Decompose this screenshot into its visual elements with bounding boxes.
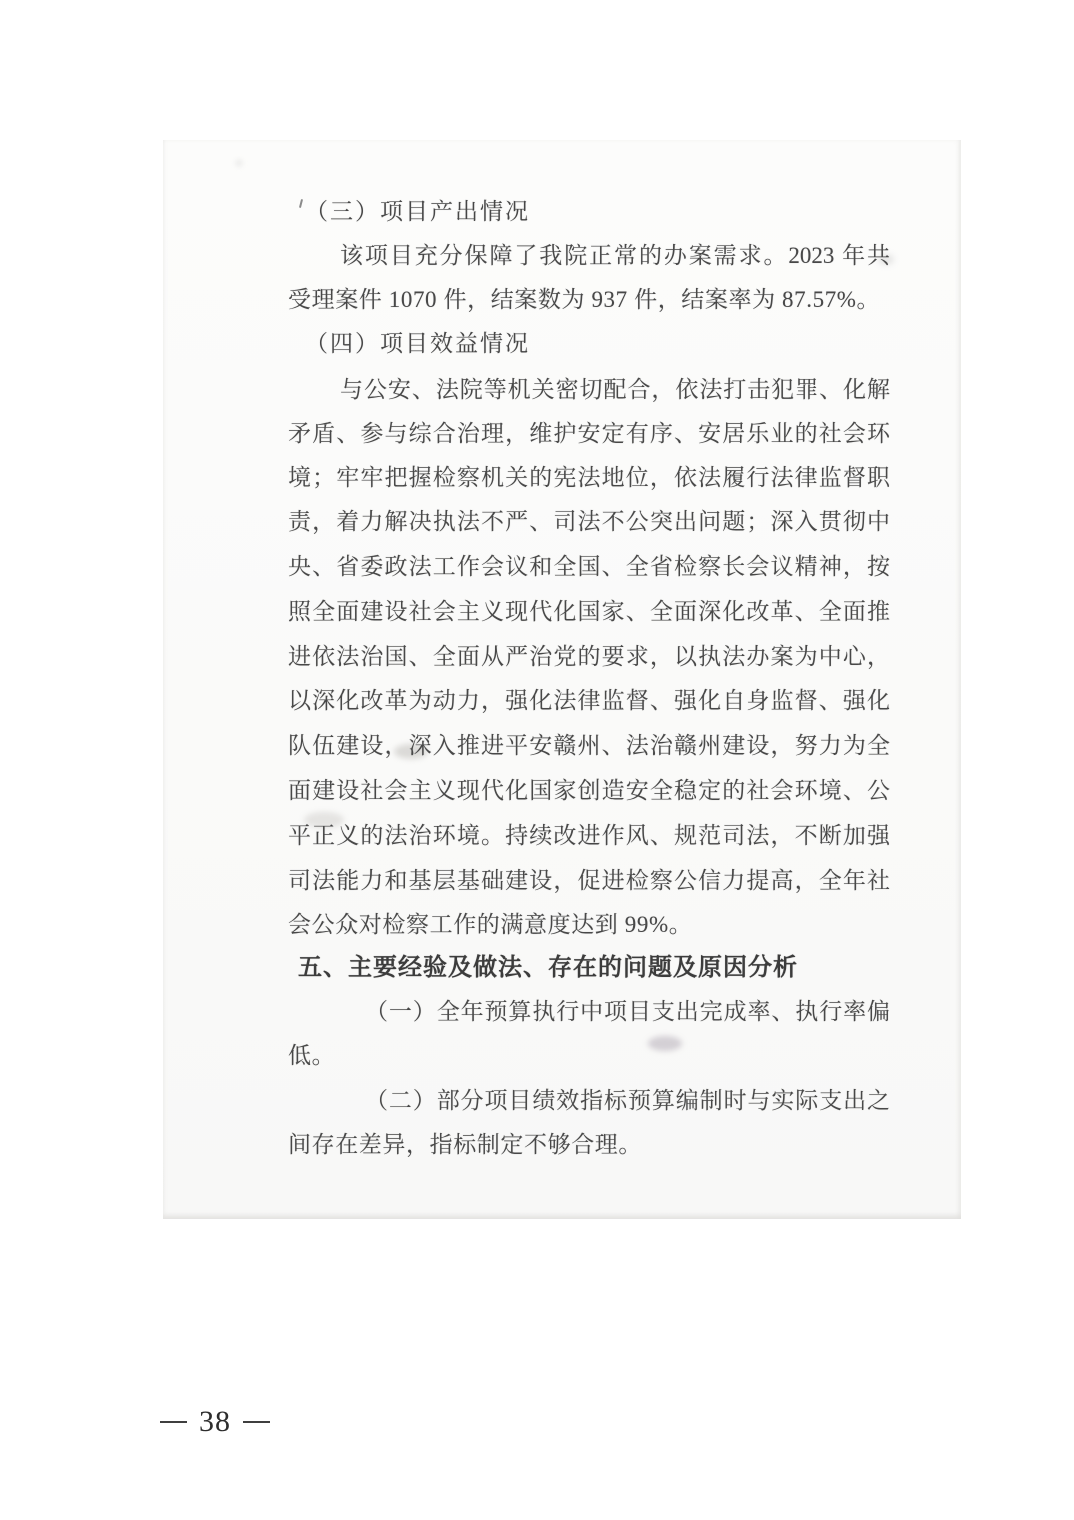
paragraph-line: 进依法治国、全面从严治党的要求，以执法办案为中心， [288, 643, 890, 670]
paragraph-line: 低。 [288, 1042, 335, 1069]
paragraph-line: 会公众对检察工作的满意度达到 99%。 [288, 911, 692, 938]
paragraph-line: （一）全年预算执行中项目支出完成率、执行率偏 [365, 998, 890, 1025]
section-heading-3: （三）项目产出情况 [305, 198, 530, 225]
paragraph-line: 队伍建设，深入推进平安赣州、法治赣州建设，努力为全 [288, 732, 890, 759]
paragraph-line: 该项目充分保障了我院正常的办案需求。2023 年共 [340, 242, 890, 269]
section-heading-5: 五、主要经验及做法、存在的问题及原因分析 [298, 954, 798, 981]
scan-smudge [236, 160, 242, 166]
paragraph-line: 央、省委政法工作会议和全国、全省检察长会议精神，按 [288, 553, 890, 580]
paragraph-line: 责，着力解决执法不严、司法不公突出问题；深入贯彻中 [288, 508, 890, 535]
paragraph-line: 面建设社会主义现代化国家创造安全稳定的社会环境、公 [288, 777, 890, 804]
paragraph-line: 矛盾、参与综合治理，维护安定有序、安居乐业的社会环 [288, 420, 890, 447]
paragraph-line: 平正义的法治环境。持续改进作风、规范司法，不断加强 [288, 822, 890, 849]
paragraph-line: 与公安、法院等机关密切配合，依法打击犯罪、化解 [340, 376, 890, 403]
paragraph-line: 照全面建设社会主义现代化国家、全面深化改革、全面推 [288, 598, 890, 625]
paragraph-line: 以深化改革为动力，强化法律监督、强化自身监督、强化 [288, 687, 890, 714]
paragraph-line: 间存在差异，指标制定不够合理。 [288, 1131, 642, 1158]
section-heading-4: （四）项目效益情况 [305, 330, 530, 357]
scan-smudge [648, 1036, 682, 1051]
page-number-dash-right [243, 1421, 270, 1423]
page-number: 38 [160, 1404, 270, 1440]
paragraph-line: 境；牢牢把握检察机关的宪法地位，依法履行法律监督职 [288, 464, 890, 491]
page-number-dash-left [160, 1421, 187, 1423]
paragraph-line: （二）部分项目绩效指标预算编制时与实际支出之 [365, 1087, 890, 1114]
paragraph-line: 司法能力和基层基础建设，促进检察公信力提高，全年社 [288, 867, 890, 894]
paragraph-line: 受理案件 1070 件，结案数为 937 件，结案率为 87.57%。 [288, 286, 880, 313]
page-number-value: 38 [199, 1404, 231, 1440]
